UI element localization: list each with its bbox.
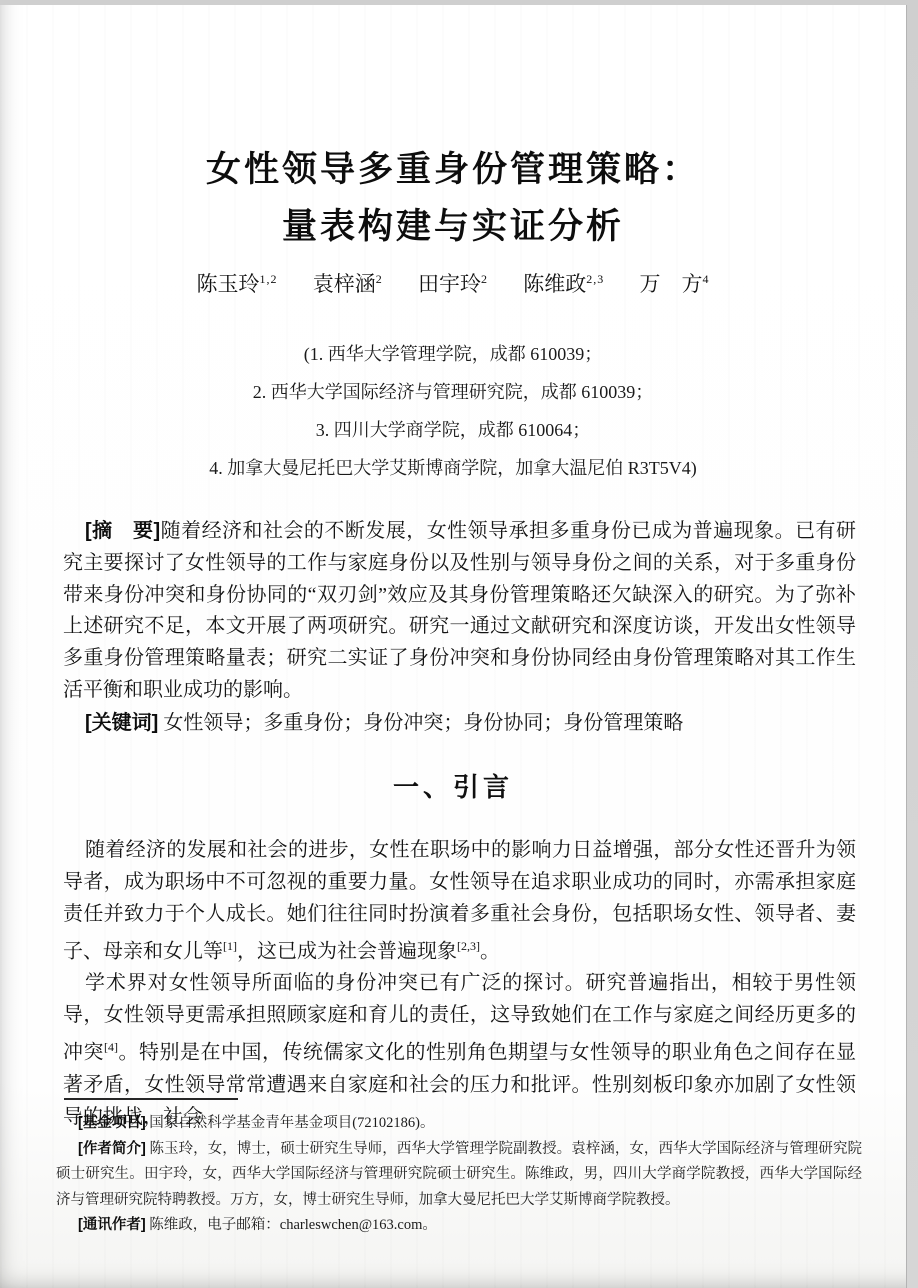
intro-paragraph-2: 学术界对女性领导所面临的身份冲突已有广泛的探讨。研究普遍指出，相较于男性领导，女…	[63, 967, 856, 1133]
affiliation-3: 3. 四川大学商学院，成都 610064；	[0, 411, 906, 449]
footnote-author-bio: [作者简介] 陈玉玲，女，博士，硕士研究生导师，西华大学管理学院副教授。袁梓涵，…	[56, 1137, 862, 1214]
footnote-divider	[64, 1098, 238, 1100]
footnote-funding-label: [基金项目]	[78, 1115, 146, 1131]
affiliation-1: (1. 西华大学管理学院，成都 610039；	[0, 335, 906, 373]
footnote-author-bio-text: 陈玉玲，女，博士，硕士研究生导师，西华大学管理学院副教授。袁梓涵，女，西华大学国…	[56, 1141, 862, 1208]
author-5-affil-sup: 4	[703, 272, 710, 286]
keywords-line: [关键词] 女性领导；多重身份；身份冲突；身份协同；身份管理策略	[63, 708, 856, 740]
citation-ref-2-3: [2,3]	[457, 939, 480, 953]
footnote-corresponding-author: [通讯作者] 陈维政，电子邮箱：charleswchen@163.com。	[56, 1213, 862, 1239]
author-5: 万 方4	[640, 272, 710, 296]
authors-line: 陈玉玲1,2 袁梓涵2 田宇玲2 陈维政2,3 万 方4	[0, 268, 906, 298]
footnote-funding-text: 国家自然科学基金青年基金项目(72102186)。	[149, 1115, 434, 1131]
intro-paragraph-1-text-3: 。	[480, 941, 500, 963]
author-2-name: 袁梓涵	[313, 272, 376, 296]
intro-paragraph-1-text-2: ，这已成为社会普遍现象	[237, 941, 457, 963]
author-4: 陈维政2,3	[523, 272, 604, 296]
author-4-name: 陈维政	[523, 272, 586, 296]
author-2-affil-sup: 2	[376, 272, 383, 286]
author-1-affil-sup: 1,2	[260, 272, 278, 286]
keywords-label: [关键词]	[85, 712, 158, 734]
abstract-text: 随着经济和社会的不断发展，女性领导承担多重身份已成为普遍现象。已有研究主要探讨了…	[63, 520, 856, 701]
author-3-affil-sup: 2	[481, 272, 488, 286]
intro-paragraph-1: 随着经济的发展和社会的进步，女性在职场中的影响力日益增强，部分女性还晋升为领导者…	[63, 834, 856, 968]
keywords-text: 女性领导；多重身份；身份冲突；身份协同；身份管理策略	[163, 712, 683, 734]
author-3-name: 田宇玲	[418, 272, 481, 296]
abstract-label: [摘 要]	[85, 520, 160, 542]
footnotes-block: [基金项目] 国家自然科学基金青年基金项目(72102186)。 [作者简介] …	[56, 1111, 862, 1239]
author-4-affil-sup: 2,3	[586, 272, 604, 286]
section-heading-introduction: 一、引言	[0, 767, 906, 804]
abstract-paragraph: [摘 要]随着经济和社会的不断发展，女性领导承担多重身份已成为普遍现象。已有研究…	[63, 516, 856, 707]
author-5-name: 万 方	[640, 272, 703, 296]
paper-page: 女性领导多重身份管理策略： 量表构建与实证分析 陈玉玲1,2 袁梓涵2 田宇玲2…	[0, 5, 907, 1288]
affiliation-4: 4. 加拿大曼尼托巴大学艾斯博商学院，加拿大温尼伯 R3T5V4)	[0, 449, 906, 487]
paper-title: 女性领导多重身份管理策略： 量表构建与实证分析	[0, 141, 906, 255]
author-1-name: 陈玉玲	[197, 272, 260, 296]
paper-title-line2: 量表构建与实证分析	[0, 198, 906, 255]
footnote-corresponding-author-label: [通讯作者]	[78, 1217, 146, 1233]
citation-ref-4: [4]	[104, 1040, 118, 1054]
paper-title-line1: 女性领导多重身份管理策略：	[0, 141, 906, 198]
author-3: 田宇玲2	[418, 272, 488, 296]
author-1: 陈玉玲1,2	[197, 272, 278, 296]
affiliations-block: (1. 西华大学管理学院，成都 610039； 2. 西华大学国际经济与管理研究…	[0, 335, 906, 487]
citation-ref-1: [1]	[223, 939, 237, 953]
footnote-funding: [基金项目] 国家自然科学基金青年基金项目(72102186)。	[56, 1111, 862, 1137]
footnote-author-bio-label: [作者简介]	[78, 1141, 146, 1157]
author-2: 袁梓涵2	[313, 272, 383, 296]
footnote-corresponding-author-text: 陈维政，电子邮箱：charleswchen@163.com。	[149, 1217, 437, 1233]
affiliation-2: 2. 西华大学国际经济与管理研究院，成都 610039；	[0, 373, 906, 411]
